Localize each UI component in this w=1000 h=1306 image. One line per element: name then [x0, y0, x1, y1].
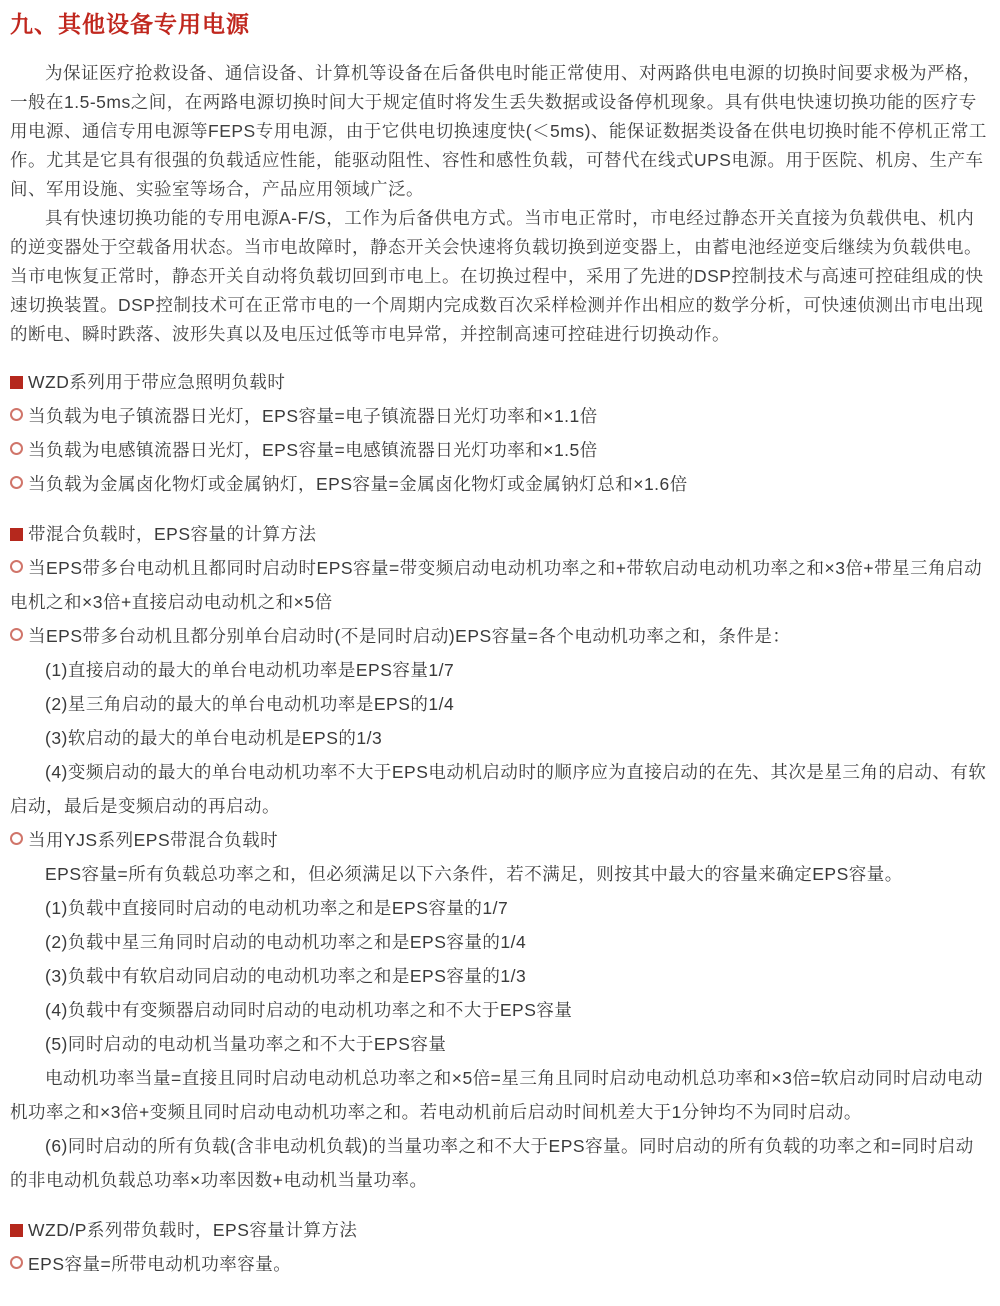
section-heading-text: 带混合负载时，EPS容量的计算方法: [28, 524, 317, 544]
sub-item: (5)同时启动的电动机当量功率之和不大于EPS容量: [10, 1027, 988, 1061]
circle-bullet-icon: [10, 1256, 23, 1269]
document-page: 九、其他设备专用电源 为保证医疗抢救设备、通信设备、计算机等设备在后备供电时能正…: [0, 0, 1000, 1306]
sub-item: EPS容量=所有负载总功率之和，但必须满足以下六条件，若不满足，则按其中最大的容…: [10, 857, 988, 891]
list-item-text: 当负载为电感镇流器日光灯，EPS容量=电感镇流器日光灯功率和×1.5倍: [28, 440, 598, 460]
sub-item-text: (2)负载中星三角同时启动的电动机功率之和是EPS容量的1/4: [45, 932, 526, 952]
sub-item: (2)负载中星三角同时启动的电动机功率之和是EPS容量的1/4: [10, 925, 988, 959]
circle-bullet-icon: [10, 560, 23, 573]
paragraph-text: 为保证医疗抢救设备、通信设备、计算机等设备在后备供电时能正常使用、对两路供电电源…: [10, 63, 987, 199]
section-heading: WZD系列用于带应急照明负载时: [10, 365, 988, 399]
section-heading: 带混合负载时，EPS容量的计算方法: [10, 517, 988, 551]
sub-item: (3)负载中有软启动同启动的电动机功率之和是EPS容量的1/3: [10, 959, 988, 993]
section-heading: WZD/P系列带负载时，EPS容量计算方法: [10, 1213, 988, 1247]
list-item: 当EPS带多台动机且都分别单台启动时(不是同时启动)EPS容量=各个电动机功率之…: [10, 619, 988, 653]
circle-bullet-icon: [10, 832, 23, 845]
sub-item: (6)同时启动的所有负载(含非电动机负载)的当量功率之和不大于EPS容量。同时启…: [10, 1129, 988, 1197]
section-heading-text: WZD/P系列带负载时，EPS容量计算方法: [28, 1220, 357, 1240]
sub-item-text: (3)负载中有软启动同启动的电动机功率之和是EPS容量的1/3: [45, 966, 526, 986]
circle-bullet-icon: [10, 476, 23, 489]
list-item-text: 当负载为金属卤化物灯或金属钠灯，EPS容量=金属卤化物灯或金属钠灯总和×1.6倍: [28, 474, 688, 494]
sub-item: (3)软启动的最大的单台电动机是EPS的1/3: [10, 721, 988, 755]
list-item: 当负载为电感镇流器日光灯，EPS容量=电感镇流器日光灯功率和×1.5倍: [10, 433, 988, 467]
circle-bullet-icon: [10, 408, 23, 421]
page-title: 九、其他设备专用电源: [10, 10, 988, 38]
square-bullet-icon: [10, 376, 23, 389]
sub-item-text: (4)负载中有变频器启动同时启动的电动机功率之和不大于EPS容量: [45, 1000, 572, 1020]
paragraph-text: 具有快速切换功能的专用电源A-F/S，工作为后备供电方式。当市电正常时，市电经过…: [10, 208, 983, 344]
sub-item: 电动机功率当量=直接且同时启动电动机总功率之和×5倍=星三角且同时启动电动机总功…: [10, 1061, 988, 1129]
sub-item-text: EPS容量=所有负载总功率之和，但必须满足以下六条件，若不满足，则按其中最大的容…: [45, 864, 903, 884]
section-heading-text: WZD系列用于带应急照明负载时: [28, 372, 285, 392]
sub-item-text: (3)软启动的最大的单台电动机是EPS的1/3: [45, 728, 382, 748]
body-paragraph: 具有快速切换功能的专用电源A-F/S，工作为后备供电方式。当市电正常时，市电经过…: [10, 204, 988, 349]
list-item-text: 当EPS带多台动机且都分别单台启动时(不是同时启动)EPS容量=各个电动机功率之…: [28, 626, 790, 646]
list-item: 当EPS带多台电动机且都同时启动时EPS容量=带变频启动电动机功率之和+带软启动…: [10, 551, 988, 619]
sub-item-text: (6)同时启动的所有负载(含非电动机负载)的当量功率之和不大于EPS容量。同时启…: [10, 1136, 974, 1190]
sub-item-text: (4)变频启动的最大的单台电动机功率不大于EPS电动机启动时的顺序应为直接启动的…: [10, 762, 986, 816]
sub-item: (4)负载中有变频器启动同时启动的电动机功率之和不大于EPS容量: [10, 993, 988, 1027]
sub-item-text: (5)同时启动的电动机当量功率之和不大于EPS容量: [45, 1034, 446, 1054]
sub-item-text: (2)星三角启动的最大的单台电动机功率是EPS的1/4: [45, 694, 454, 714]
list-item-text: EPS容量=所带电动机功率容量。: [28, 1254, 291, 1274]
document-content: 为保证医疗抢救设备、通信设备、计算机等设备在后备供电时能正常使用、对两路供电电源…: [10, 59, 988, 1281]
list-item: 当负载为金属卤化物灯或金属钠灯，EPS容量=金属卤化物灯或金属钠灯总和×1.6倍: [10, 467, 988, 501]
sub-item: (1)负载中直接同时启动的电动机功率之和是EPS容量的1/7: [10, 891, 988, 925]
square-bullet-icon: [10, 1224, 23, 1237]
sub-item-text: (1)直接启动的最大的单台电动机功率是EPS容量1/7: [45, 660, 454, 680]
list-item: 当用YJS系列EPS带混合负载时: [10, 823, 988, 857]
sub-item: (4)变频启动的最大的单台电动机功率不大于EPS电动机启动时的顺序应为直接启动的…: [10, 755, 988, 823]
body-paragraph: 为保证医疗抢救设备、通信设备、计算机等设备在后备供电时能正常使用、对两路供电电源…: [10, 59, 988, 204]
list-item-text: 当EPS带多台电动机且都同时启动时EPS容量=带变频启动电动机功率之和+带软启动…: [10, 558, 982, 612]
circle-bullet-icon: [10, 442, 23, 455]
list-item-text: 当用YJS系列EPS带混合负载时: [28, 830, 278, 850]
sub-item: (2)星三角启动的最大的单台电动机功率是EPS的1/4: [10, 687, 988, 721]
list-item: 当负载为电子镇流器日光灯，EPS容量=电子镇流器日光灯功率和×1.1倍: [10, 399, 988, 433]
sub-item-text: (1)负载中直接同时启动的电动机功率之和是EPS容量的1/7: [45, 898, 508, 918]
square-bullet-icon: [10, 528, 23, 541]
sub-item-text: 电动机功率当量=直接且同时启动电动机总功率之和×5倍=星三角且同时启动电动机总功…: [10, 1068, 983, 1122]
list-item: EPS容量=所带电动机功率容量。: [10, 1247, 988, 1281]
circle-bullet-icon: [10, 628, 23, 641]
sub-item: (1)直接启动的最大的单台电动机功率是EPS容量1/7: [10, 653, 988, 687]
list-item-text: 当负载为电子镇流器日光灯，EPS容量=电子镇流器日光灯功率和×1.1倍: [28, 406, 598, 426]
